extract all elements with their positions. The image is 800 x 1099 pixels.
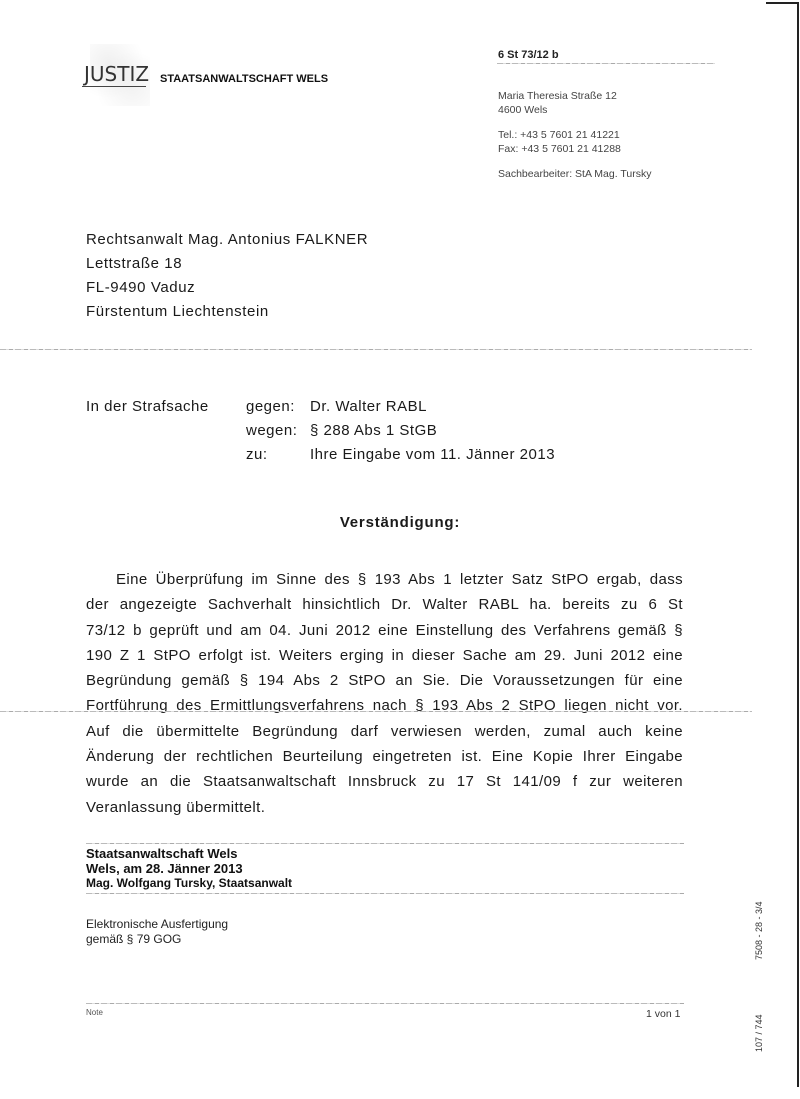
case-reference: 6 St 73/12 b bbox=[498, 49, 559, 61]
recipient-name: Rechtsanwalt Mag. Antonius FALKNER bbox=[86, 228, 368, 252]
footer-divider bbox=[86, 1003, 684, 1004]
electronic-copy-line1: Elektronische Ausfertigung bbox=[86, 917, 228, 932]
case-key-against: gegen: bbox=[246, 398, 295, 415]
recipient-country: Fürstentum Liechtenstein bbox=[86, 300, 368, 324]
case-key-regarding: wegen: bbox=[246, 422, 297, 439]
sender-city: 4600 Wels bbox=[498, 103, 652, 117]
body-line: Auf die übermittelte Begründung darf ver… bbox=[86, 719, 683, 744]
organization-name: STAATSANWALTSCHAFT WELS bbox=[160, 73, 328, 85]
body-line: 73/12 b geprüft und am 04. Juni 2012 ein… bbox=[86, 618, 683, 643]
case-value-regarding: § 288 Abs 1 StGB bbox=[310, 422, 437, 439]
justiz-logo: JUSTIZ bbox=[84, 64, 149, 84]
recipient-address: Rechtsanwalt Mag. Antonius FALKNER Letts… bbox=[86, 228, 368, 324]
signature-divider-top bbox=[86, 843, 684, 844]
scan-border-right bbox=[797, 2, 799, 1087]
page-fold-line bbox=[0, 349, 752, 350]
case-key-to: zu: bbox=[246, 446, 268, 463]
electronic-copy-note: Elektronische Ausfertigung gemäß § 79 GO… bbox=[86, 917, 228, 947]
signature-office: Staatsanwaltschaft Wels bbox=[86, 846, 292, 861]
case-value-to: Ihre Eingabe vom 11. Jänner 2013 bbox=[310, 446, 555, 463]
recipient-street: Lettstraße 18 bbox=[86, 252, 368, 276]
logo-underline bbox=[82, 86, 146, 87]
sender-tel: Tel.: +43 5 7601 21 41221 bbox=[498, 128, 652, 142]
reference-divider bbox=[497, 63, 715, 64]
margin-stamp-page-count: 107 / 744 bbox=[754, 1014, 764, 1052]
body-line: Eine Überprüfung im Sinne des § 193 Abs … bbox=[86, 567, 683, 592]
page-fold-line bbox=[0, 711, 752, 712]
scan-border-top bbox=[766, 2, 799, 4]
signature-block: Staatsanwaltschaft Wels Wels, am 28. Jän… bbox=[86, 846, 292, 891]
body-line: Veranlassung übermittelt. bbox=[86, 795, 683, 820]
case-value-against: Dr. Walter RABL bbox=[310, 398, 427, 415]
margin-stamp-file-number: 7508 - 28 - 3/4 bbox=[754, 901, 764, 960]
body-paragraph: Eine Überprüfung im Sinne des § 193 Abs … bbox=[86, 567, 683, 820]
electronic-copy-line2: gemäß § 79 GOG bbox=[86, 932, 228, 947]
signature-place-date: Wels, am 28. Jänner 2013 bbox=[86, 861, 292, 876]
recipient-city: FL-9490 Vaduz bbox=[86, 276, 368, 300]
body-line: der angezeigte Sachverhalt hinsichtlich … bbox=[86, 592, 683, 617]
body-line: wurde an die Staatsanwaltschaft Innsbruc… bbox=[86, 769, 683, 794]
signature-signer: Mag. Wolfgang Tursky, Staatsanwalt bbox=[86, 876, 292, 891]
body-line: Fortführung des Ermittlungsverfahrens na… bbox=[86, 693, 683, 718]
document-title: Verständigung: bbox=[0, 514, 800, 531]
body-line: 190 Z 1 StPO erfolgt ist. Weiters erging… bbox=[86, 643, 683, 668]
page-number: 1 von 1 bbox=[646, 1008, 680, 1020]
sender-fax: Fax: +43 5 7601 21 41288 bbox=[498, 142, 652, 156]
footer-note: Note bbox=[86, 1008, 103, 1017]
case-label: In der Strafsache bbox=[86, 398, 209, 415]
sender-contact-block: Maria Theresia Straße 12 4600 Wels Tel.:… bbox=[498, 89, 652, 181]
sender-street: Maria Theresia Straße 12 bbox=[498, 89, 652, 103]
body-line: Begründung gemäß § 194 Abs 2 StPO an Sie… bbox=[86, 668, 683, 693]
sender-clerk: Sachbearbeiter: StA Mag. Tursky bbox=[498, 167, 652, 181]
signature-divider-bottom bbox=[86, 893, 684, 894]
body-line: Änderung der rechtlichen Beurteilung ein… bbox=[86, 744, 683, 769]
